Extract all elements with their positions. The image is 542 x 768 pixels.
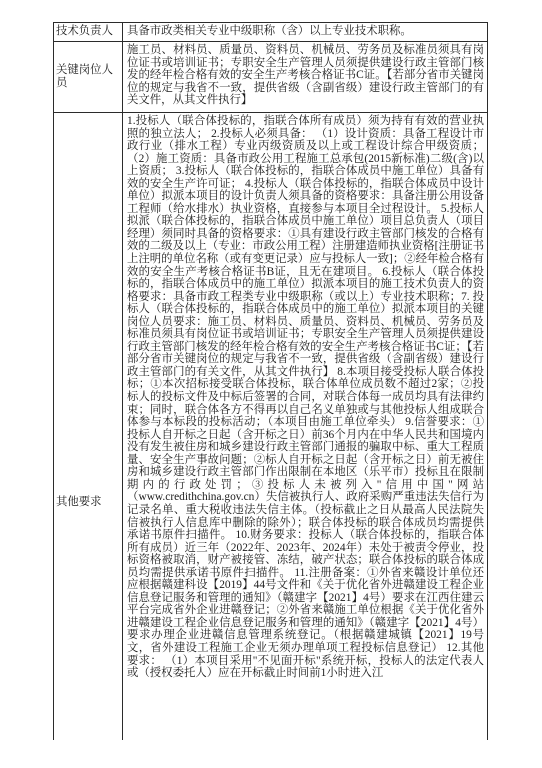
table-row-key-positions: 关键岗位人员 施工员、材料员、质量员、资料员、机械员、劳务员及标准员须具有岗位证… xyxy=(54,42,487,113)
document-page: 技术负责人 具备市政类相关专业中级职称（含）以上专业技术职称。 关键岗位人员 施… xyxy=(0,0,542,768)
table-row-technical-lead: 技术负责人 具备市政类相关专业中级职称（含）以上专业技术职称。 xyxy=(54,23,487,42)
row-content-text: 1.投标人（联合体投标的，指联合体所有成员）须为持有有效的营业执照的独立法人； … xyxy=(127,115,484,679)
row-content-cell: 具备市政类相关专业中级职称（含）以上专业技术职称。 xyxy=(123,23,487,41)
row-content-text: 具备市政类相关专业中级职称（含）以上专业技术职称。 xyxy=(127,25,412,37)
row-label-cell: 其他要求 xyxy=(54,113,123,740)
requirements-table: 技术负责人 具备市政类相关专业中级职称（含）以上专业技术职称。 关键岗位人员 施… xyxy=(53,22,488,740)
table-row-other-requirements: 其他要求 1.投标人（联合体投标的，指联合体所有成员）须为持有有效的营业执照的独… xyxy=(54,113,487,740)
row-label-text: 技术负责人 xyxy=(56,25,113,37)
row-content-text: 施工员、材料员、质量员、资料员、机械员、劳务员及标准员须具有岗位证书或培训证书；… xyxy=(127,44,484,106)
row-content-cell: 施工员、材料员、质量员、资料员、机械员、劳务员及标准员须具有岗位证书或培训证书；… xyxy=(123,42,487,112)
row-content-cell: 1.投标人（联合体投标的，指联合体所有成员）须为持有有效的营业执照的独立法人； … xyxy=(123,113,487,740)
row-label-cell: 技术负责人 xyxy=(54,23,123,41)
row-label-cell: 关键岗位人员 xyxy=(54,42,123,112)
row-label-text: 关键岗位人员 xyxy=(56,64,121,89)
row-label-text: 其他要求 xyxy=(56,496,102,509)
